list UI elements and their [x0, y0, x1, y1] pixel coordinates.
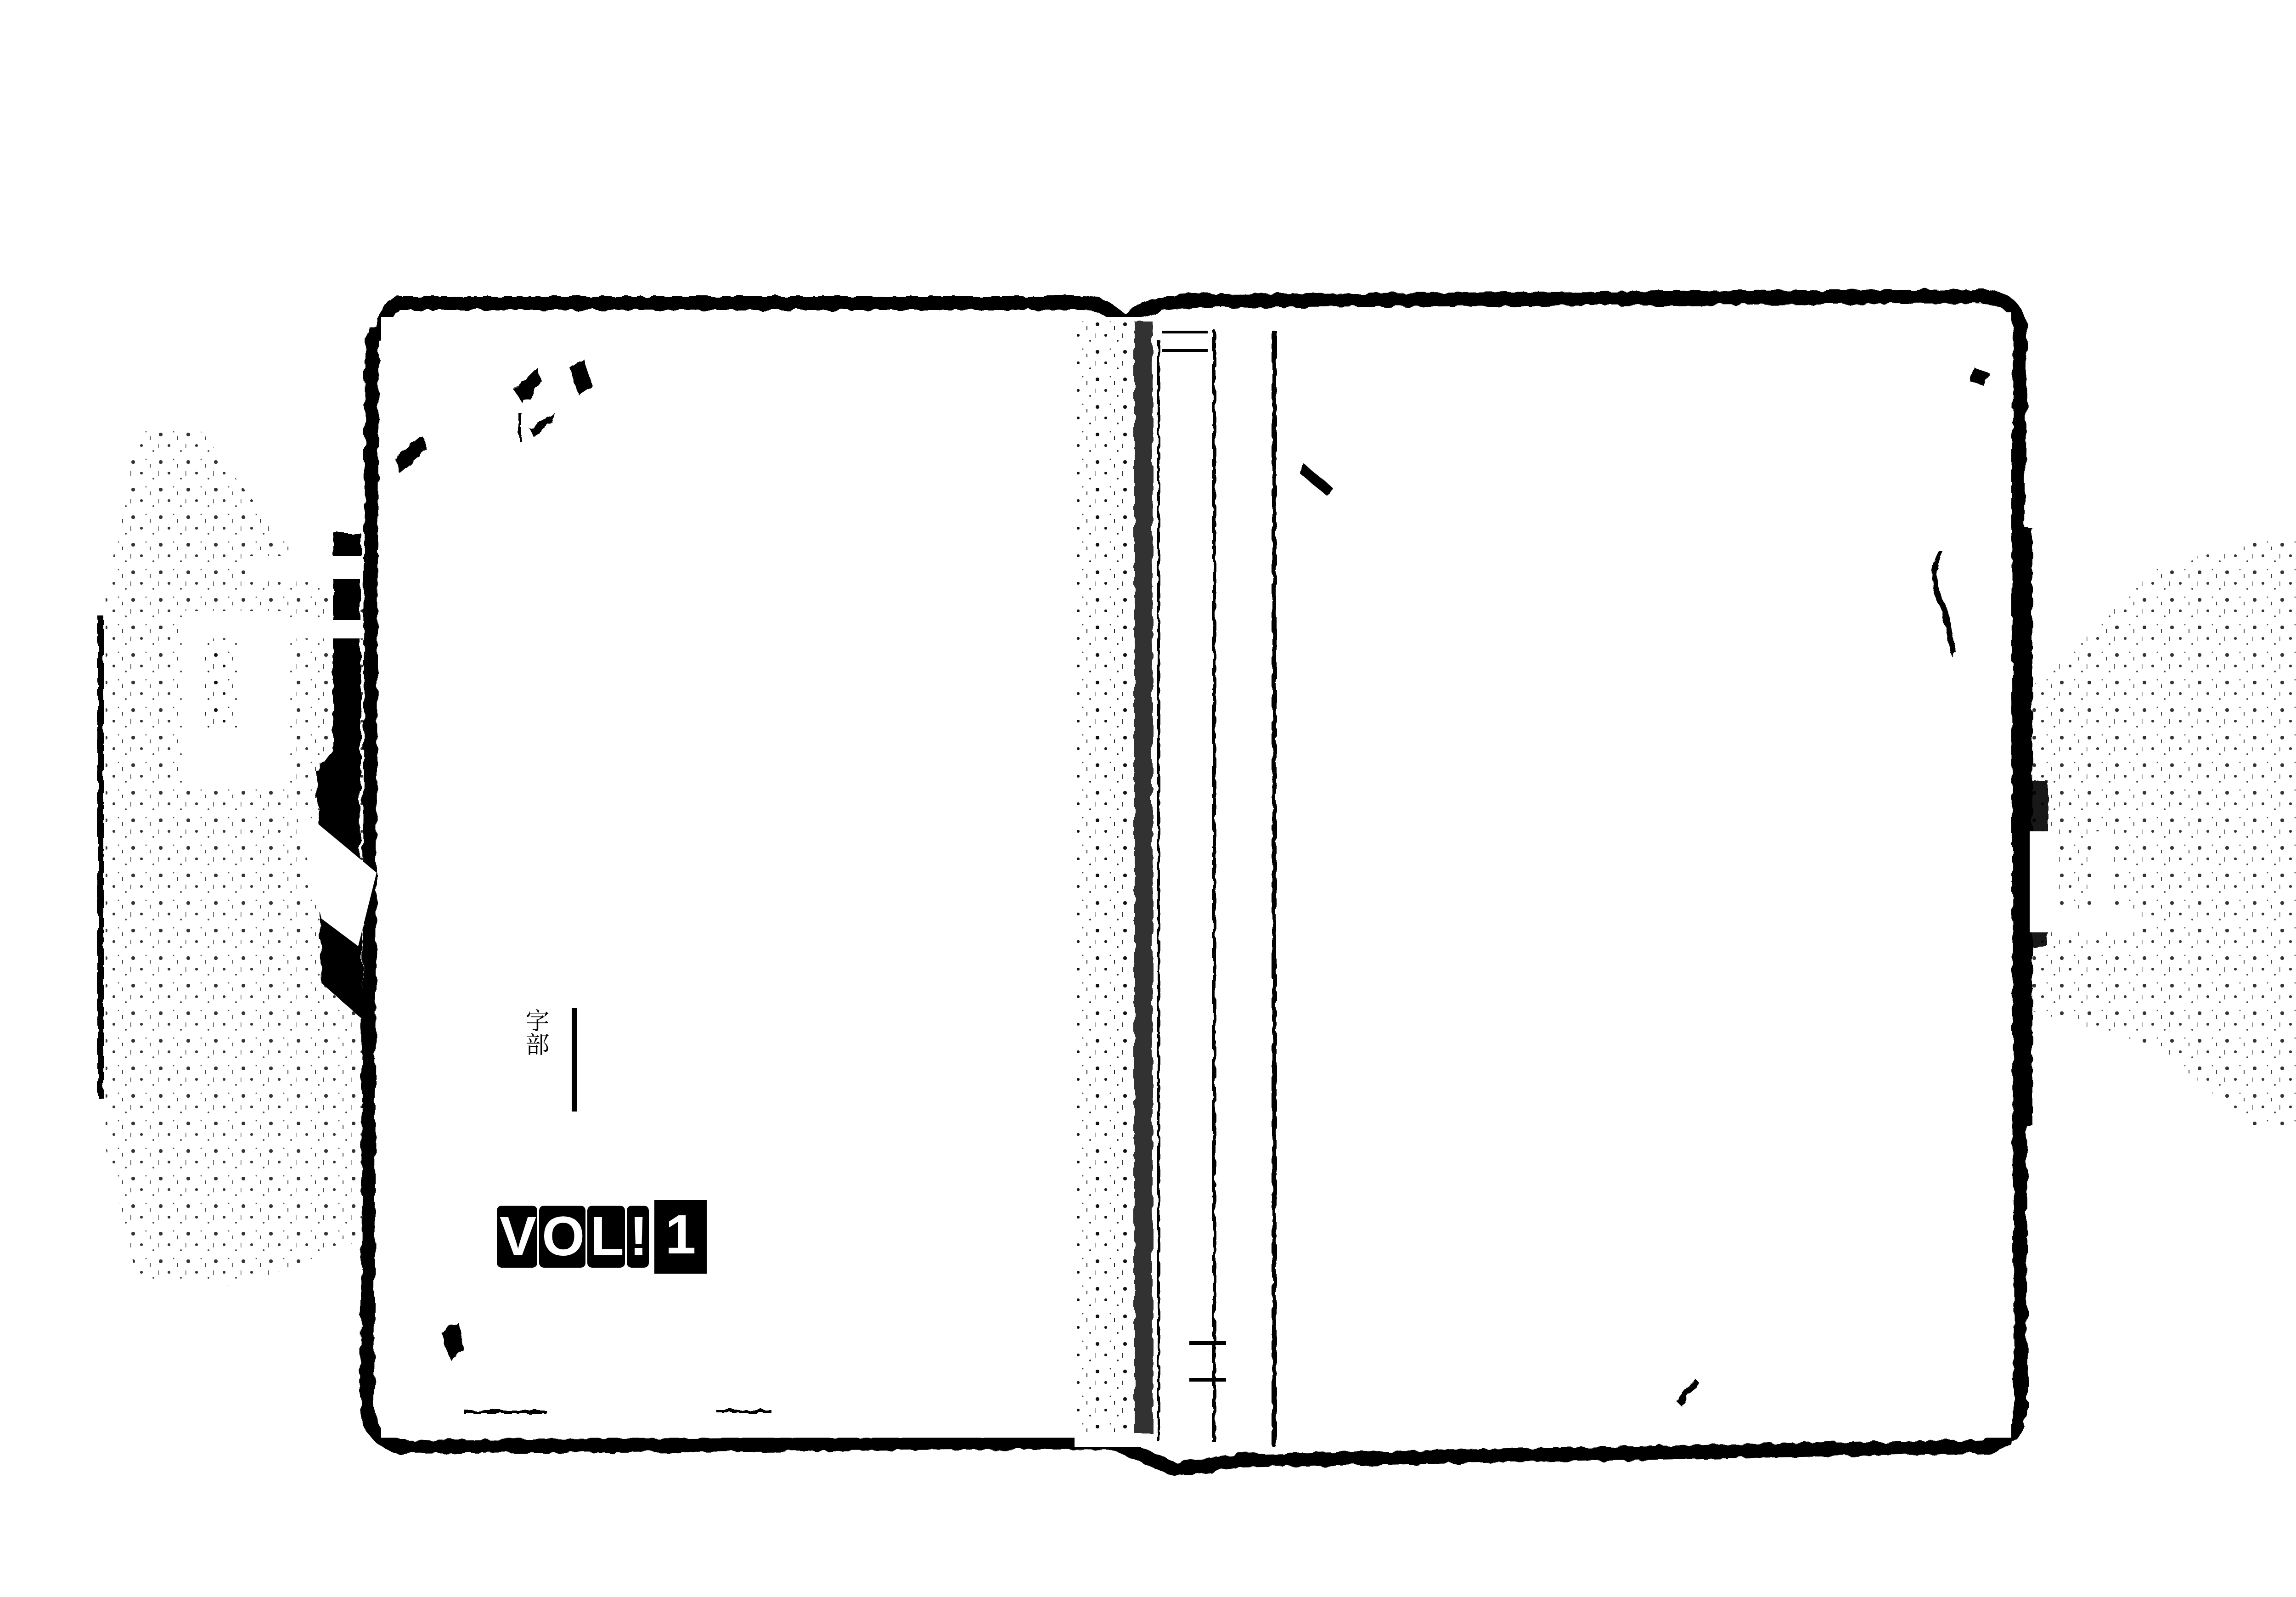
volume-letter: O — [539, 1206, 585, 1268]
volume-letter: L — [587, 1206, 625, 1268]
right-edge-fragment — [2017, 528, 2296, 1125]
volume-label: V O L ! 1 — [497, 1206, 707, 1268]
volume-number: 1 — [654, 1200, 707, 1274]
section-label: 字部 — [528, 1008, 556, 1056]
spine — [1075, 317, 1309, 1447]
volume-letter: ! — [627, 1206, 649, 1268]
volume-letter: V — [497, 1206, 537, 1268]
book-scan — [0, 0, 2296, 1597]
back-cover — [381, 317, 1075, 1438]
section-rule — [572, 1008, 577, 1112]
front-cover — [1309, 312, 2011, 1438]
